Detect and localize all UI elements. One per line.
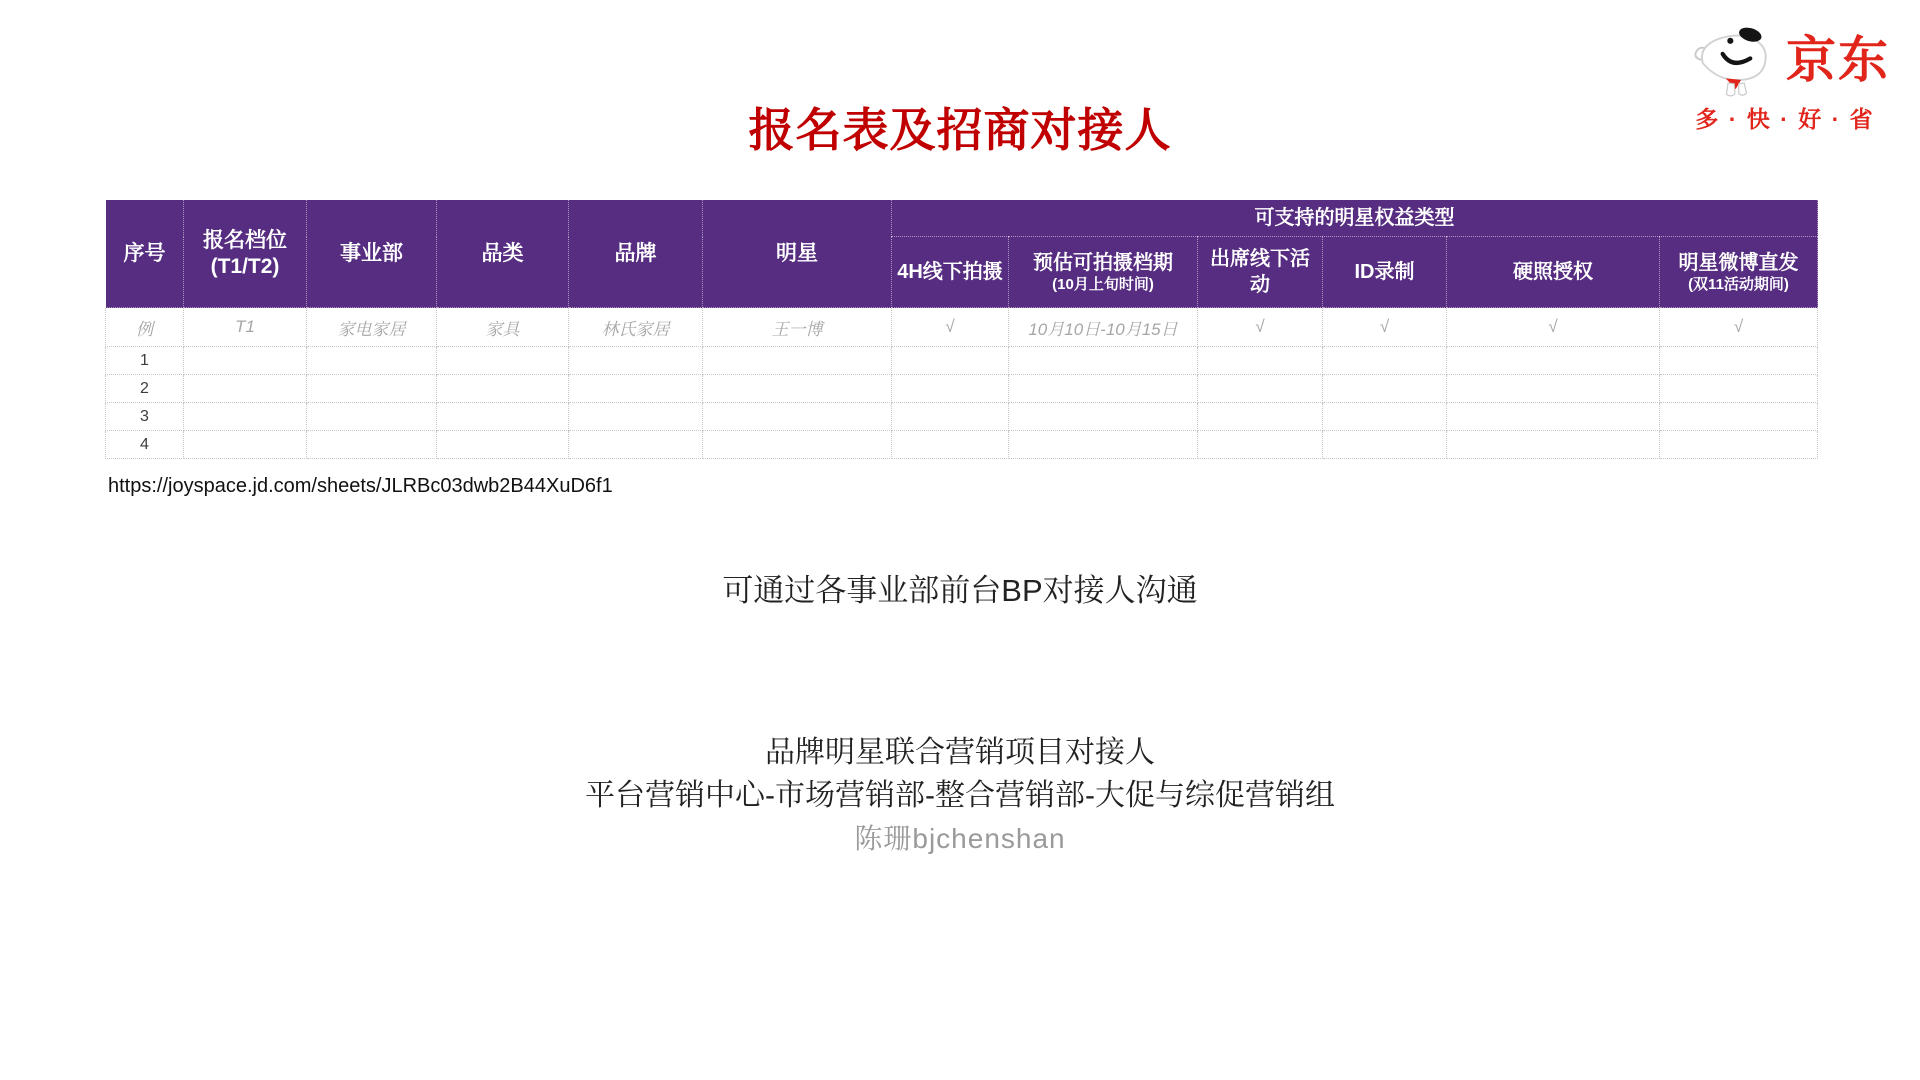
table-row: 2 xyxy=(106,375,1818,403)
empty-cell xyxy=(1447,375,1660,403)
empty-cell xyxy=(1198,403,1323,431)
jd-logo-top: 京东 xyxy=(1680,20,1890,100)
empty-cell xyxy=(307,431,437,459)
example-cell: √ xyxy=(1323,308,1447,347)
contact-block: 品牌明星联合营销项目对接人 平台营销中心-市场营销部-整合营销部-大促与综促营销… xyxy=(0,731,1920,860)
signup-table: 序号 报名档位 (T1/T2) 事业部 品类 品牌 明星 可支持的明星权益类型 … xyxy=(105,199,1818,459)
empty-cell xyxy=(703,375,892,403)
col-header-estimated-schedule: 预估可拍摄档期 (10月上旬时间) xyxy=(1009,237,1198,308)
empty-cell xyxy=(437,347,569,375)
example-cell: 王一博 xyxy=(703,308,892,347)
col-header-celebrity: 明星 xyxy=(703,200,892,308)
empty-cell xyxy=(892,403,1009,431)
jd-dog-mascot-icon xyxy=(1692,20,1784,100)
col-header-index: 序号 xyxy=(106,200,184,308)
col-header-id-recording: ID录制 xyxy=(1323,237,1447,308)
empty-cell xyxy=(1660,375,1818,403)
table-row: 4 xyxy=(106,431,1818,459)
empty-cell xyxy=(1198,347,1323,375)
col-header-category: 品类 xyxy=(437,200,569,308)
empty-cell xyxy=(437,431,569,459)
example-cell: √ xyxy=(1660,308,1818,347)
example-cell: √ xyxy=(1198,308,1323,347)
col-header-business-unit: 事业部 xyxy=(307,200,437,308)
empty-cell xyxy=(437,403,569,431)
empty-cell xyxy=(307,347,437,375)
example-cell: 林氏家居 xyxy=(569,308,703,347)
empty-cell xyxy=(1009,347,1198,375)
empty-cell xyxy=(184,431,307,459)
col-header-celebrity-weibo-post: 明星微博直发 (双11活动期间) xyxy=(1660,237,1818,308)
empty-cell xyxy=(1447,403,1660,431)
empty-cell xyxy=(1323,431,1447,459)
sheet-url-link[interactable]: https://joyspace.jd.com/sheets/JLRBc03dw… xyxy=(108,472,613,500)
example-cell: 例 xyxy=(106,308,184,347)
empty-cell xyxy=(1198,431,1323,459)
empty-cell xyxy=(1660,347,1818,375)
row-number-cell: 4 xyxy=(106,431,184,459)
empty-cell xyxy=(1323,347,1447,375)
empty-cell xyxy=(1447,347,1660,375)
empty-cell xyxy=(1009,431,1198,459)
empty-cell xyxy=(1198,375,1323,403)
example-cell: 家电家居 xyxy=(307,308,437,347)
empty-cell xyxy=(1660,403,1818,431)
col-header-tier: 报名档位 (T1/T2) xyxy=(184,200,307,308)
empty-cell xyxy=(1447,431,1660,459)
example-cell: T1 xyxy=(184,308,307,347)
example-cell: 10月10日-10月15日 xyxy=(1009,308,1198,347)
slide: 京东 多 · 快 · 好 · 省 报名表及招商对接人 序号 报名档位 (T1/T… xyxy=(0,0,1920,1080)
empty-cell xyxy=(892,431,1009,459)
empty-cell xyxy=(1009,375,1198,403)
jd-brand-text: 京东 xyxy=(1786,31,1890,89)
empty-cell xyxy=(1323,375,1447,403)
empty-cell xyxy=(703,347,892,375)
col-header-benefits-group: 可支持的明星权益类型 xyxy=(892,200,1818,237)
empty-cell xyxy=(569,431,703,459)
empty-cell xyxy=(703,431,892,459)
col-header-offline-event: 出席线下活动 xyxy=(1198,237,1323,308)
empty-cell xyxy=(307,375,437,403)
empty-cell xyxy=(184,375,307,403)
empty-cell xyxy=(569,347,703,375)
row-number-cell: 1 xyxy=(106,347,184,375)
empty-cell xyxy=(569,375,703,403)
empty-cell xyxy=(184,347,307,375)
example-row: 例T1家电家居家具林氏家居王一博√10月10日-10月15日√√√√ xyxy=(106,308,1818,347)
table-row: 1 xyxy=(106,347,1818,375)
empty-cell xyxy=(307,403,437,431)
table-body: 例T1家电家居家具林氏家居王一博√10月10日-10月15日√√√√1234 xyxy=(106,308,1818,459)
empty-cell xyxy=(892,347,1009,375)
empty-cell xyxy=(703,403,892,431)
table-header-row-1: 序号 报名档位 (T1/T2) 事业部 品类 品牌 明星 可支持的明星权益类型 xyxy=(106,200,1818,237)
bp-contact-note: 可通过各事业部前台BP对接人沟通 xyxy=(0,572,1920,609)
row-number-cell: 3 xyxy=(106,403,184,431)
contact-department: 平台营销中心-市场营销部-整合营销部-大促与综促营销组 xyxy=(0,774,1920,817)
empty-cell xyxy=(1009,403,1198,431)
contact-person: 陈珊bjchenshan xyxy=(0,817,1920,860)
contact-title: 品牌明星联合营销项目对接人 xyxy=(0,731,1920,774)
empty-cell xyxy=(569,403,703,431)
empty-cell xyxy=(184,403,307,431)
table-row: 3 xyxy=(106,403,1818,431)
empty-cell xyxy=(437,375,569,403)
example-cell: 家具 xyxy=(437,308,569,347)
example-cell: √ xyxy=(1447,308,1660,347)
col-header-brand: 品牌 xyxy=(569,200,703,308)
col-header-photo-authorization: 硬照授权 xyxy=(1447,237,1660,308)
example-cell: √ xyxy=(892,308,1009,347)
row-number-cell: 2 xyxy=(106,375,184,403)
col-header-4h-offline-shoot: 4H线下拍摄 xyxy=(892,237,1009,308)
empty-cell xyxy=(1323,403,1447,431)
page-title: 报名表及招商对接人 xyxy=(0,102,1920,158)
empty-cell xyxy=(892,375,1009,403)
empty-cell xyxy=(1660,431,1818,459)
